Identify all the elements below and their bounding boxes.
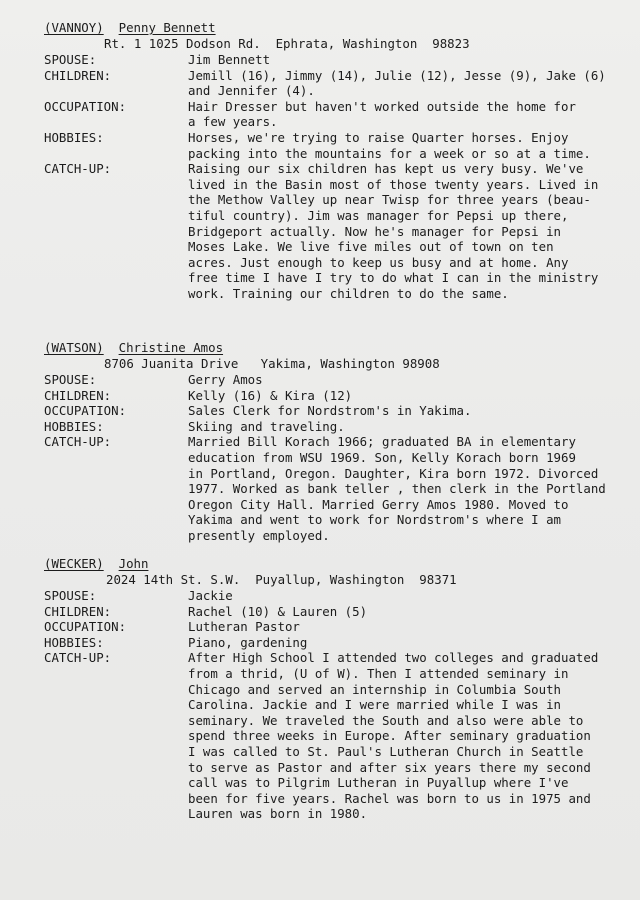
address: 2024 14th St. S.W. Puyallup, Washington … xyxy=(44,572,634,588)
field-catch-up: CATCH-UP:After High School I attended tw… xyxy=(44,650,634,822)
field-spouse: SPOUSE:Jim Bennett xyxy=(44,52,634,68)
field-value: Jackie xyxy=(188,588,634,604)
field-children: CHILDREN:Rachel (10) & Lauren (5) xyxy=(44,604,634,620)
field-value: Piano, gardening xyxy=(188,635,634,651)
field-spouse: SPOUSE:Gerry Amos xyxy=(44,372,634,388)
current-name: Christine Amos xyxy=(119,340,223,355)
field-value: After High School I attended two college… xyxy=(188,650,634,822)
field-spouse: SPOUSE:Jackie xyxy=(44,588,634,604)
field-label: SPOUSE: xyxy=(44,372,188,388)
current-name: John xyxy=(119,556,149,571)
field-label: CATCH-UP: xyxy=(44,650,188,822)
field-label: HOBBIES: xyxy=(44,130,188,161)
field-label: CHILDREN: xyxy=(44,388,188,404)
field-label: CATCH-UP: xyxy=(44,434,188,543)
field-catch-up: CATCH-UP:Married Bill Korach 1966; gradu… xyxy=(44,434,634,543)
field-value: Gerry Amos xyxy=(188,372,634,388)
maiden-name: (VANNOY) xyxy=(44,20,104,35)
alumni-entry: (WECKER) John 2024 14th St. S.W. Puyallu… xyxy=(44,556,634,822)
entry-heading: (VANNOY) Penny Bennett xyxy=(44,20,634,36)
field-hobbies: HOBBIES:Piano, gardening xyxy=(44,635,634,651)
alumni-entry: (VANNOY) Penny Bennett Rt. 1 1025 Dodson… xyxy=(44,20,634,302)
field-children: CHILDREN:Jemill (16), Jimmy (14), Julie … xyxy=(44,68,634,99)
field-occupation: OCCUPATION:Sales Clerk for Nordstrom's i… xyxy=(44,403,634,419)
field-value: Lutheran Pastor xyxy=(188,619,634,635)
field-value: Hair Dresser but haven't worked outside … xyxy=(188,99,634,130)
field-label: SPOUSE: xyxy=(44,52,188,68)
field-value: Sales Clerk for Nordstrom's in Yakima. xyxy=(188,403,634,419)
entry-heading: (WATSON) Christine Amos xyxy=(44,340,634,356)
field-children: CHILDREN:Kelly (16) & Kira (12) xyxy=(44,388,634,404)
field-occupation: OCCUPATION:Hair Dresser but haven't work… xyxy=(44,99,634,130)
address: Rt. 1 1025 Dodson Rd. Ephrata, Washingto… xyxy=(44,36,634,52)
field-value: Rachel (10) & Lauren (5) xyxy=(188,604,634,620)
maiden-name: (WECKER) xyxy=(44,556,104,571)
field-label: OCCUPATION: xyxy=(44,619,188,635)
field-label: HOBBIES: xyxy=(44,635,188,651)
field-label: CHILDREN: xyxy=(44,604,188,620)
field-hobbies: HOBBIES:Horses, we're trying to raise Qu… xyxy=(44,130,634,161)
entry-heading: (WECKER) John xyxy=(44,556,634,572)
field-value: Horses, we're trying to raise Quarter ho… xyxy=(188,130,634,161)
field-label: OCCUPATION: xyxy=(44,403,188,419)
alumni-entry: (WATSON) Christine Amos 8706 Juanita Dri… xyxy=(44,340,634,544)
field-value: Married Bill Korach 1966; graduated BA i… xyxy=(188,434,634,543)
field-hobbies: HOBBIES:Skiing and traveling. xyxy=(44,419,634,435)
field-value: Jemill (16), Jimmy (14), Julie (12), Jes… xyxy=(188,68,634,99)
field-label: CATCH-UP: xyxy=(44,161,188,301)
field-catch-up: CATCH-UP:Raising our six children has ke… xyxy=(44,161,634,301)
field-value: Raising our six children has kept us ver… xyxy=(188,161,634,301)
field-label: OCCUPATION: xyxy=(44,99,188,130)
field-label: HOBBIES: xyxy=(44,419,188,435)
field-value: Kelly (16) & Kira (12) xyxy=(188,388,634,404)
address: 8706 Juanita Drive Yakima, Washington 98… xyxy=(44,356,634,372)
field-value: Jim Bennett xyxy=(188,52,634,68)
maiden-name: (WATSON) xyxy=(44,340,104,355)
field-value: Skiing and traveling. xyxy=(188,419,634,435)
document-page: (VANNOY) Penny Bennett Rt. 1 1025 Dodson… xyxy=(0,0,640,900)
field-label: SPOUSE: xyxy=(44,588,188,604)
current-name: Penny Bennett xyxy=(119,20,216,35)
field-label: CHILDREN: xyxy=(44,68,188,99)
field-occupation: OCCUPATION:Lutheran Pastor xyxy=(44,619,634,635)
